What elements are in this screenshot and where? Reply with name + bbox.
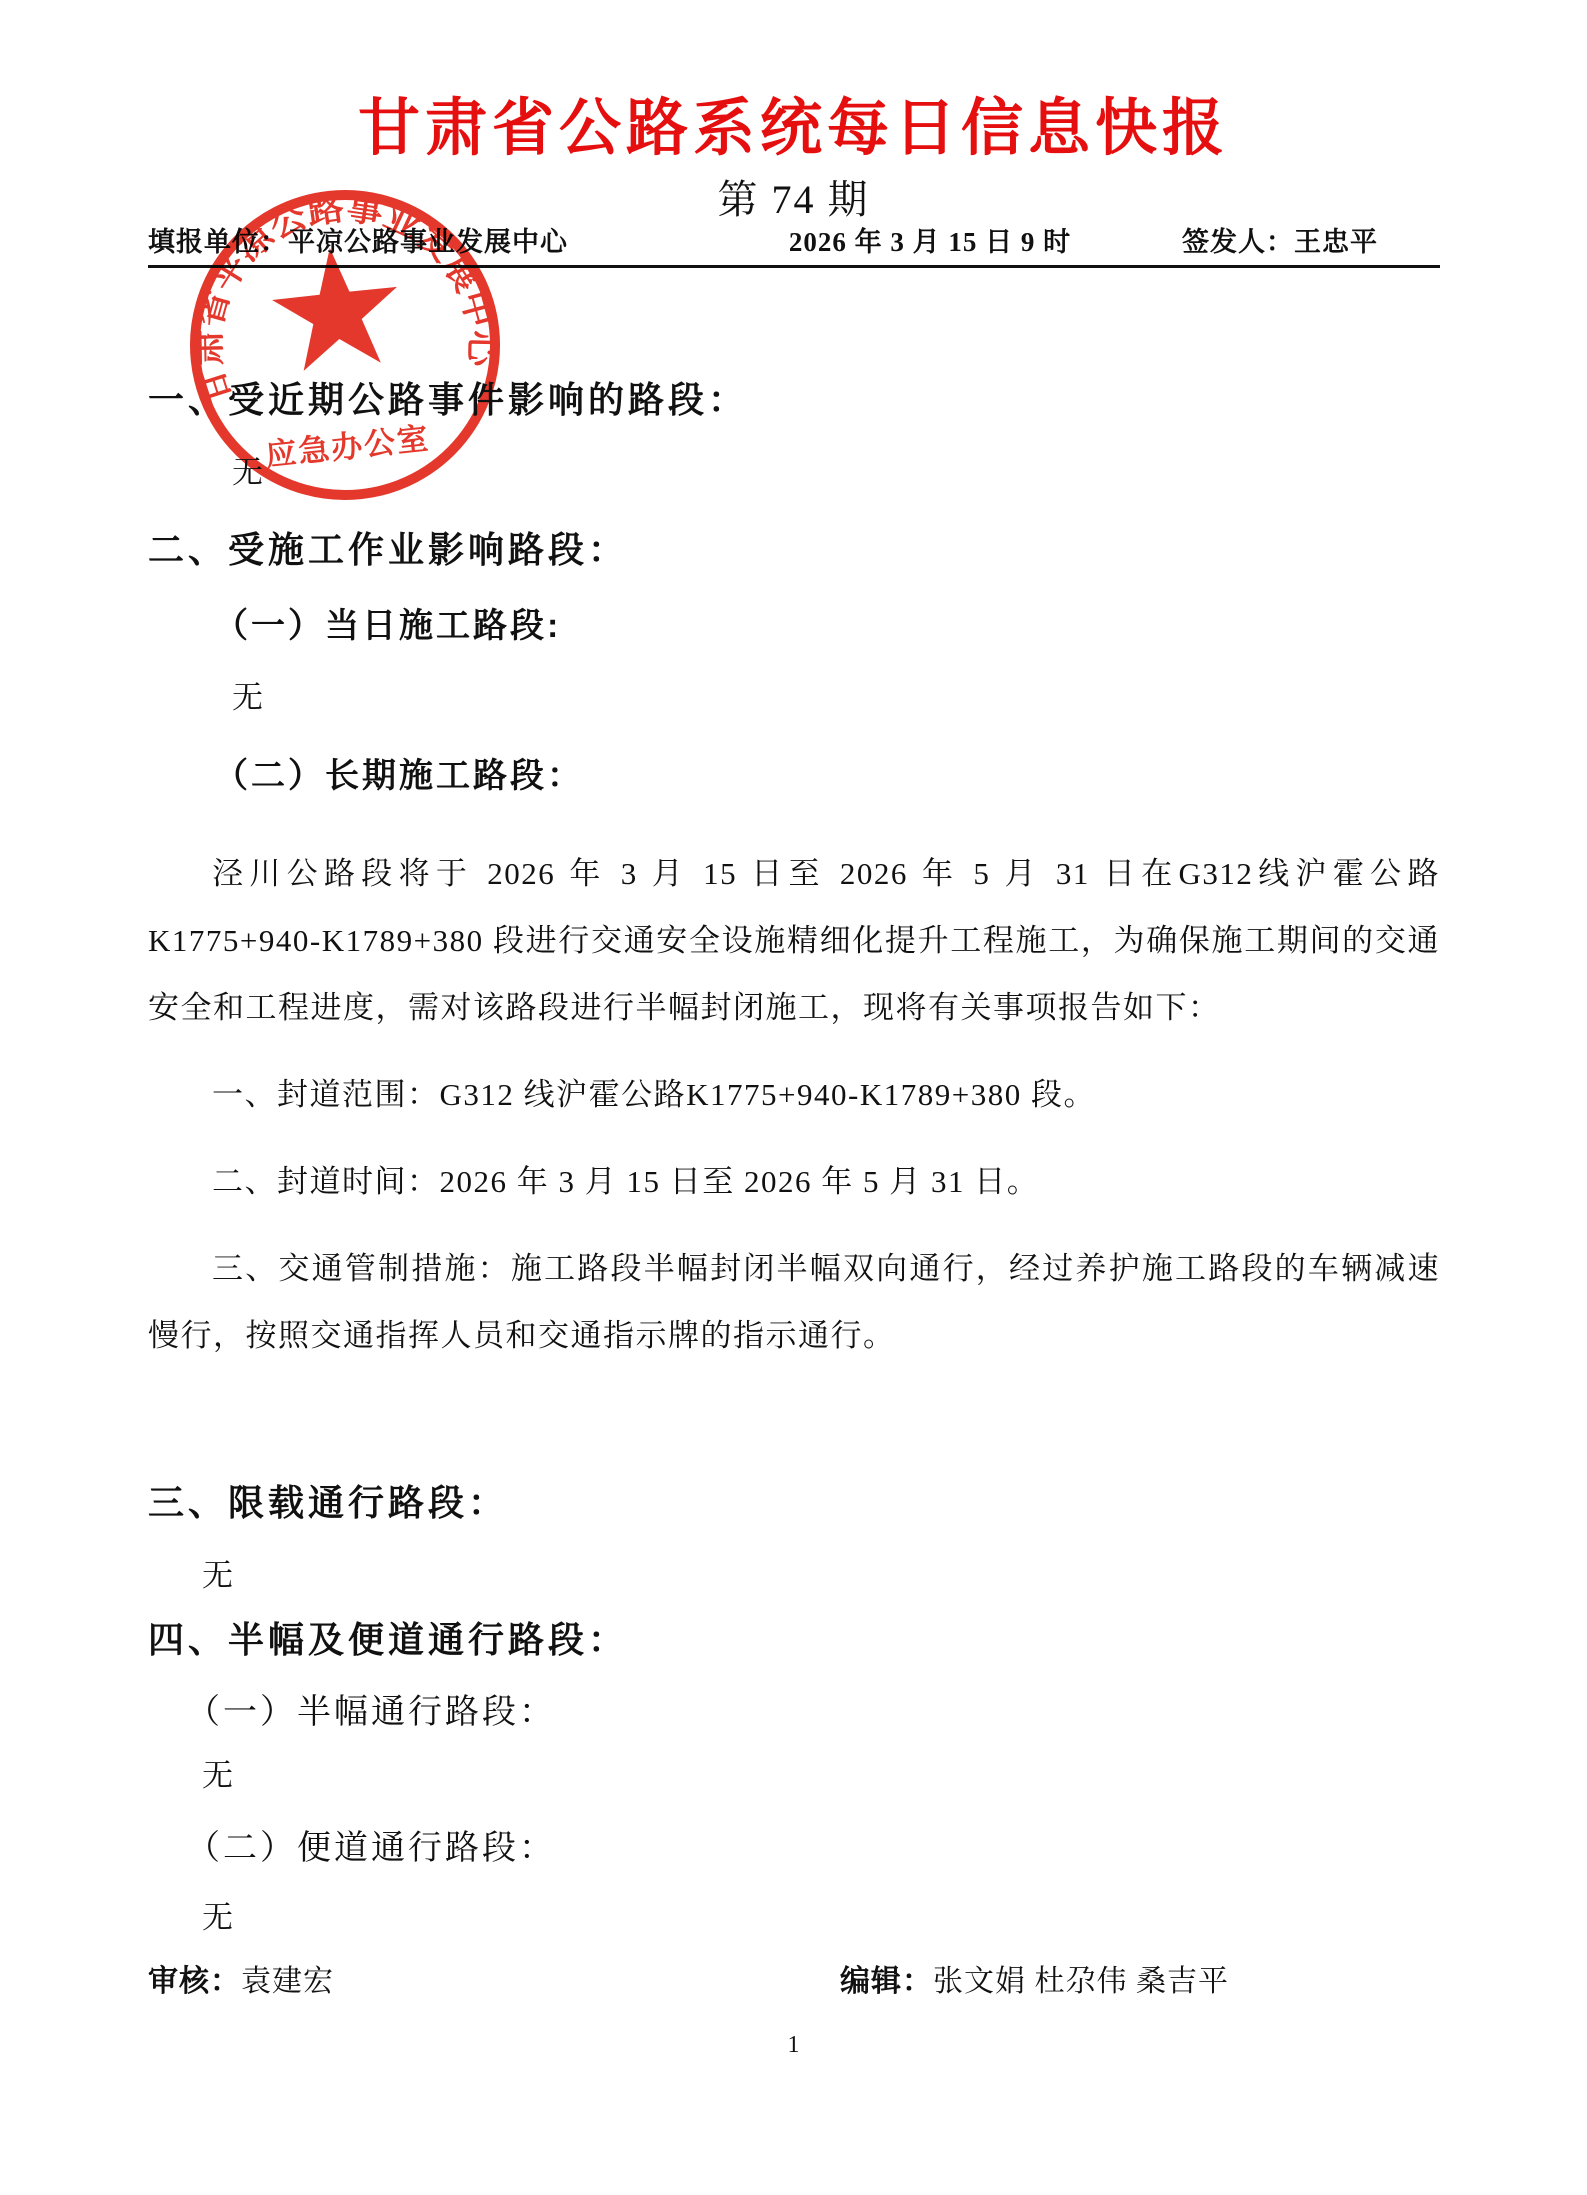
editor-group: 编辑：张文娟 杜尕伟 桑吉平: [840, 1956, 1229, 2000]
section-3-value: 无: [202, 1550, 234, 1595]
stamp-office-text: 应急办公室: [264, 421, 432, 473]
section-2-sub-1-heading: （一）当日施工路段:: [214, 598, 561, 647]
section-4-sub-2-value: 无: [202, 1892, 234, 1937]
reviewer-group: 审核：袁建宏: [148, 1965, 334, 1998]
notice-paragraph: 泾川公路段将于 2026 年 3 月 15 日至 2026 年 5 月 31 日…: [148, 840, 1440, 1041]
footer-credits: 审核：袁建宏 编辑：张文娟 杜尕伟 桑吉平: [148, 1956, 1440, 2000]
editor-label: 编辑：: [840, 1965, 933, 1998]
info-header-row: 填报单位：平凉公路事业发展中心 2026 年 3 月 15 日 9 时 签发人：…: [148, 220, 1440, 268]
reviewer-name: 袁建宏: [241, 1965, 334, 1998]
page-number: 1: [0, 2032, 1587, 2059]
section-1-heading: 一、受近期公路事件影响的路段：: [148, 372, 748, 423]
section-2-heading: 二、受施工作业影响路段：: [148, 522, 628, 573]
section-1-value: 无: [232, 447, 264, 492]
construction-notice-body: 泾川公路段将于 2026 年 3 月 15 日至 2026 年 5 月 31 日…: [148, 840, 1440, 1389]
section-2-sub-2-heading: （二）长期施工路段：: [214, 748, 584, 797]
page-title: 甘肃省公路系统每日信息快报: [0, 78, 1587, 167]
notice-item-time: 二、封道时间：2026 年 3 月 15 日至 2026 年 5 月 31 日。: [148, 1148, 1440, 1215]
section-4-sub-2-heading: （二）便道通行路段：: [186, 1820, 556, 1869]
section-4-sub-1-heading: （一）半幅通行路段：: [186, 1684, 556, 1733]
document-page: 甘肃省公路系统每日信息快报 第 74 期 填报单位：平凉公路事业发展中心 202…: [0, 0, 1587, 2195]
section-4-heading: 四、半幅及便道通行路段：: [148, 1612, 628, 1663]
issuer: 签发人：王忠平: [1182, 220, 1440, 259]
report-datetime: 2026 年 3 月 15 日 9 时: [789, 220, 1071, 259]
section-2-sub-1-value: 无: [232, 672, 264, 717]
notice-item-control: 三、交通管制措施：施工路段半幅封闭半幅双向通行，经过养护施工路段的车辆减速慢行，…: [148, 1235, 1440, 1369]
editor-names: 张文娟 杜尕伟 桑吉平: [933, 1965, 1229, 1998]
notice-item-scope: 一、封道范围：G312 线沪霍公路K1775+940-K1789+380 段。: [148, 1061, 1440, 1128]
section-3-heading: 三、限载通行路段：: [148, 1475, 508, 1526]
issue-number: 第 74 期: [0, 168, 1587, 225]
reporting-unit: 填报单位：平凉公路事业发展中心: [148, 220, 568, 259]
reviewer-label: 审核：: [148, 1965, 241, 1998]
section-4-sub-1-value: 无: [202, 1750, 234, 1795]
